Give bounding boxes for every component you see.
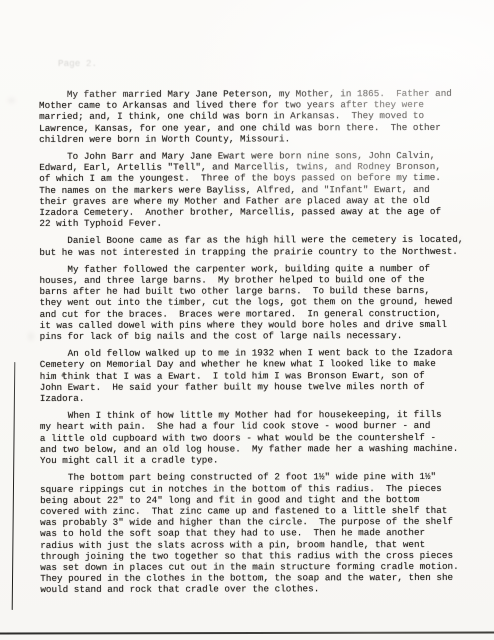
paragraph: Daniel Boone came as far as the high hil… — [39, 234, 479, 258]
scan-smudge — [452, 238, 461, 244]
scan-smudge — [8, 98, 15, 103]
paragraph: The bottom part being constructed of 2 f… — [40, 471, 480, 595]
paragraph: My father followed the carpenter work, b… — [39, 263, 479, 343]
scan-artifact-bottom-edge-line — [0, 631, 494, 634]
page-number-label: Page 2. — [58, 58, 97, 69]
paragraph: When I think of how little my Mother had… — [40, 409, 480, 466]
scanned-document-page: Page 2. My father married Mary Jane Pete… — [0, 0, 494, 640]
paragraph: To John Barr and Mary Jane Ewart were bo… — [39, 150, 479, 230]
document-body: My father married Mary Jane Peterson, my… — [39, 88, 480, 602]
scan-smudge — [28, 332, 34, 341]
paragraph: My father married Mary Jane Peterson, my… — [39, 88, 479, 145]
scan-artifact-vertical-line — [12, 362, 16, 610]
paragraph: An old fellow walked up to me in 1932 wh… — [40, 347, 480, 404]
